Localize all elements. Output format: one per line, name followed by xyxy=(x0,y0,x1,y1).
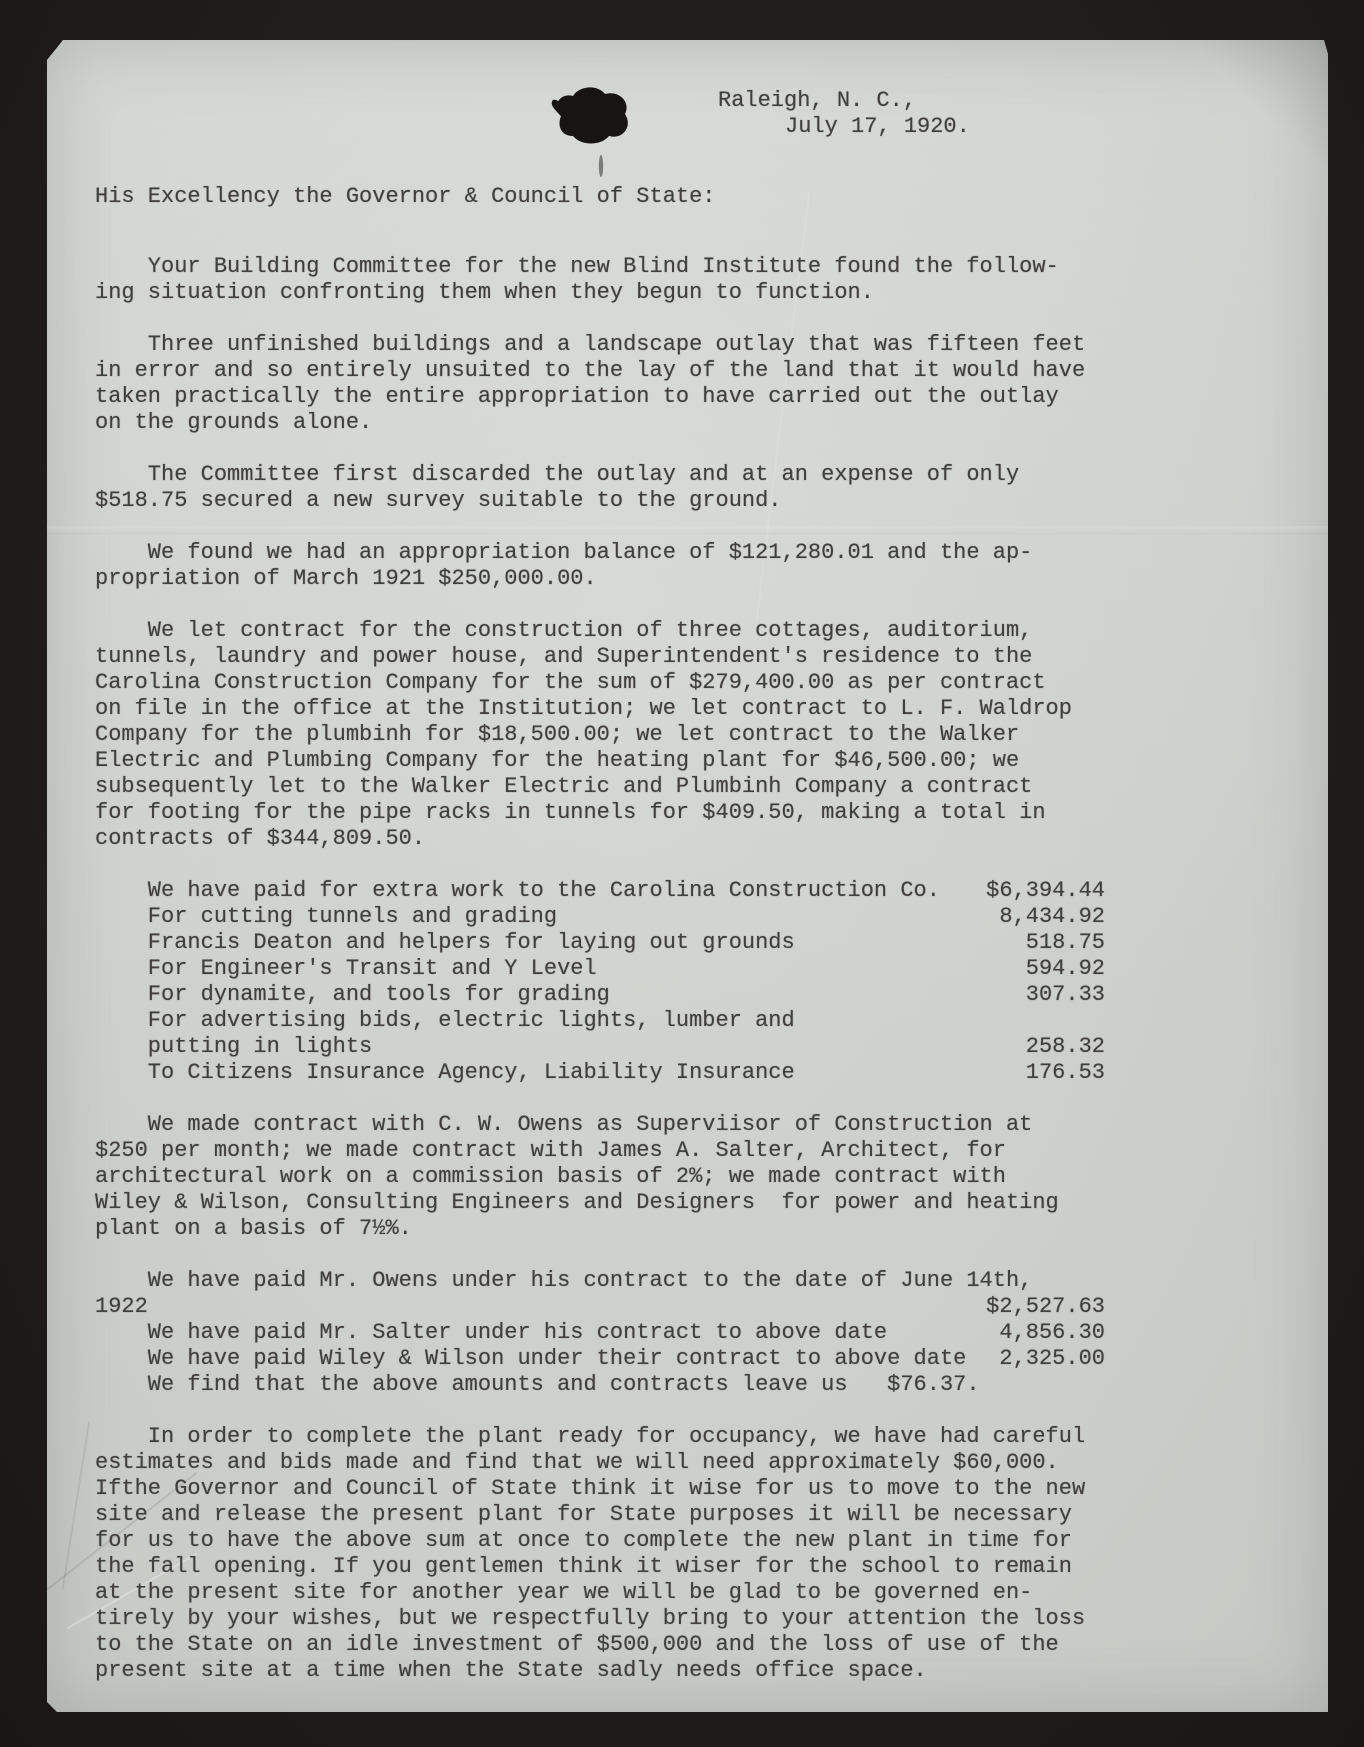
ledger-amount: $2,527.63 xyxy=(986,1294,1105,1320)
ledger-amount: 4,856.30 xyxy=(999,1320,1105,1346)
expense-ledger: We have paid for extra work to the Carol… xyxy=(95,878,1105,1086)
ledger-row: Francis Deaton and helpers for laying ou… xyxy=(95,930,1105,956)
ledger-row: For Engineer's Transit and Y Level 594.9… xyxy=(95,956,1105,982)
ledger-amount: 8,434.92 xyxy=(999,904,1105,930)
paragraph-1: Your Building Committee for the new Blin… xyxy=(95,254,1105,306)
ledger-row: We have paid for extra work to the Carol… xyxy=(95,878,1105,904)
ledger-row: 1922 $2,527.63 xyxy=(95,1294,1105,1320)
ledger-label: We find that the above amounts and contr… xyxy=(95,1372,980,1398)
letter-place: Raleigh, N. C., xyxy=(718,88,1105,114)
paper-fold-top-right xyxy=(1178,40,1328,180)
ledger-label: Francis Deaton and helpers for laying ou… xyxy=(95,930,795,956)
ledger-row: We have paid Mr. Owens under his contrac… xyxy=(95,1268,1105,1294)
ledger-label: We have paid for extra work to the Carol… xyxy=(95,878,940,904)
ledger-label: We have paid Mr. Salter under his contra… xyxy=(95,1320,887,1346)
ledger-row: For advertising bids, electric lights, l… xyxy=(95,1008,1105,1034)
ledger-row: We have paid Wiley & Wilson under their … xyxy=(95,1346,1105,1372)
ledger-amount: 258.32 xyxy=(1026,1034,1105,1060)
paragraph-6: We made contract with C. W. Owens as Sup… xyxy=(95,1112,1105,1242)
ledger-label: For dynamite, and tools for grading xyxy=(95,982,610,1008)
ledger-amount: 594.92 xyxy=(1026,956,1105,982)
letter-body: Raleigh, N. C., July 17, 1920. His Excel… xyxy=(47,40,1105,1684)
ledger-label: To Citizens Insurance Agency, Liability … xyxy=(95,1060,795,1086)
ledger-label: We have paid Mr. Owens under his contrac… xyxy=(95,1268,1032,1294)
ledger-label: For cutting tunnels and grading xyxy=(95,904,557,930)
ledger-row: For dynamite, and tools for grading 307.… xyxy=(95,982,1105,1008)
ledger-label: For advertising bids, electric lights, l… xyxy=(95,1008,795,1034)
paragraph-5: We let contract for the construction of … xyxy=(95,618,1105,852)
ledger-label: We have paid Wiley & Wilson under their … xyxy=(95,1346,966,1372)
ledger-amount: 518.75 xyxy=(1026,930,1105,956)
ledger-amount: 176.53 xyxy=(1026,1060,1105,1086)
letter-date: July 17, 1920. xyxy=(785,114,1105,140)
dateline: Raleigh, N. C., July 17, 1920. xyxy=(718,88,1105,140)
ledger-row: For cutting tunnels and grading 8,434.92 xyxy=(95,904,1105,930)
ledger-row: putting in lights 258.32 xyxy=(95,1034,1105,1060)
ledger-amount: 2,325.00 xyxy=(999,1346,1105,1372)
payments-ledger: We have paid Mr. Owens under his contrac… xyxy=(95,1268,1105,1398)
paragraph-3: The Committee first discarded the outlay… xyxy=(95,462,1105,514)
salutation: His Excellency the Governor & Council of… xyxy=(95,184,1105,210)
ledger-amount: 307.33 xyxy=(1026,982,1105,1008)
ledger-label: For Engineer's Transit and Y Level xyxy=(95,956,597,982)
ledger-label: putting in lights xyxy=(95,1034,372,1060)
ledger-row: We find that the above amounts and contr… xyxy=(95,1372,1105,1398)
paragraph-2: Three unfinished buildings and a landsca… xyxy=(95,332,1105,436)
photo-backdrop: Raleigh, N. C., July 17, 1920. His Excel… xyxy=(0,0,1364,1747)
letter-page: Raleigh, N. C., July 17, 1920. His Excel… xyxy=(47,40,1328,1712)
ledger-row: We have paid Mr. Salter under his contra… xyxy=(95,1320,1105,1346)
paragraph-7: In order to complete the plant ready for… xyxy=(95,1424,1105,1684)
paragraph-4: We found we had an appropriation balance… xyxy=(95,540,1105,592)
ledger-amount: $6,394.44 xyxy=(986,878,1105,904)
ledger-row: To Citizens Insurance Agency, Liability … xyxy=(95,1060,1105,1086)
ledger-label: 1922 xyxy=(95,1294,148,1320)
